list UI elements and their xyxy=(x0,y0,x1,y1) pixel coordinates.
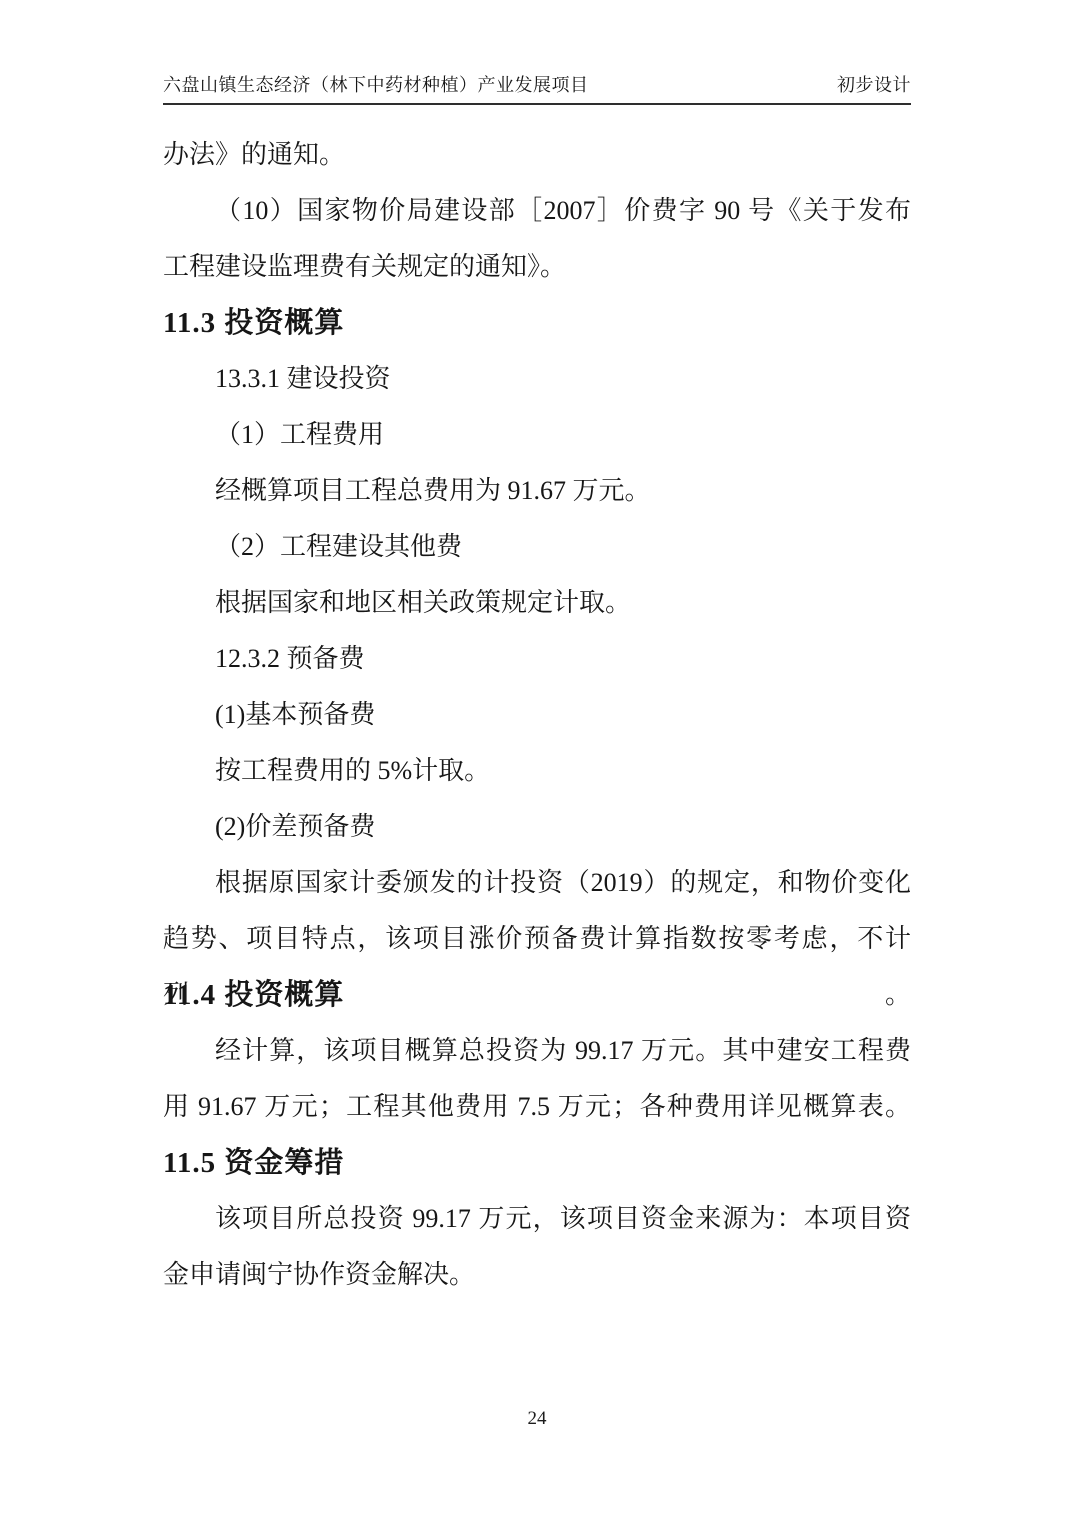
paragraph-line-0: 办法》的通知。 xyxy=(163,127,911,183)
paragraph-line-6: 经概算项目工程总费用为 91.67 万元。 xyxy=(163,463,911,519)
page-number: 24 xyxy=(0,1406,1074,1432)
paragraph-line-17: 用 91.67 万元；工程其他费用 7.5 万元；各种费用详见概算表。 xyxy=(163,1079,911,1135)
paragraph-line-8: 根据国家和地区相关政策规定计取。 xyxy=(163,575,911,631)
section-heading-11-3: 11.3 投资概算 xyxy=(163,295,911,351)
paragraph-line-2: 工程建设监理费有关规定的通知》。 xyxy=(163,239,911,295)
paragraph-line-14: 趋势、项目特点，该项目涨价预备费计算指数按零考虑，不计列。 xyxy=(163,911,911,967)
subsection-heading-12-3-2: 12.3.2 预备费 xyxy=(163,631,911,687)
paragraph-line-12: (2)价差预备费 xyxy=(163,799,911,855)
paragraph-line-5: （1）工程费用 xyxy=(163,407,911,463)
paragraph-line-10: (1)基本预备费 xyxy=(163,687,911,743)
page-header: 六盘山镇生态经济（林下中药材种植）产业发展项目 初步设计 xyxy=(163,72,911,105)
header-doc-type: 初步设计 xyxy=(837,72,911,98)
paragraph-line-16: 经计算，该项目概算总投资为 99.17 万元。其中建安工程费 xyxy=(163,1023,911,1079)
paragraph-line-19: 该项目所总投资 99.17 万元，该项目资金来源为：本项目资 xyxy=(163,1191,911,1247)
paragraph-line-13: 根据原国家计委颁发的计投资（2019）的规定，和物价变化 xyxy=(163,855,911,911)
paragraph-line-20: 金申请闽宁协作资金解决。 xyxy=(163,1247,911,1303)
paragraph-line-1: （10）国家物价局建设部［2007］价费字 90 号《关于发布 xyxy=(163,183,911,239)
header-project-title: 六盘山镇生态经济（林下中药材种植）产业发展项目 xyxy=(163,72,589,98)
document-page: 六盘山镇生态经济（林下中药材种植）产业发展项目 初步设计 办法》的通知。 （10… xyxy=(0,0,1074,1520)
paragraph-line-11: 按工程费用的 5%计取。 xyxy=(163,743,911,799)
section-heading-11-5: 11.5 资金筹措 xyxy=(163,1135,911,1191)
document-body: 办法》的通知。 （10）国家物价局建设部［2007］价费字 90 号《关于发布 … xyxy=(163,127,911,1303)
subsection-heading-13-3-1: 13.3.1 建设投资 xyxy=(163,351,911,407)
paragraph-line-7: （2）工程建设其他费 xyxy=(163,519,911,575)
